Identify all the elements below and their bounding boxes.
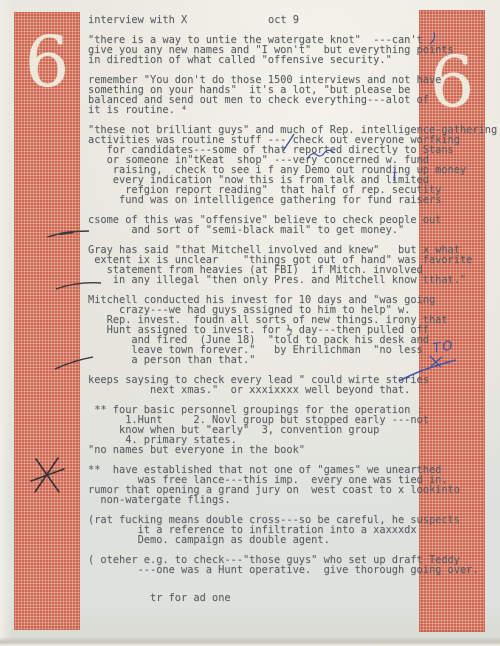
typist-initials-note: tr for ad one xyxy=(150,593,231,603)
page-number-left: 6 xyxy=(14,27,80,97)
red-margin-bar-left: 6 xyxy=(14,12,80,630)
typed-body-text: "there is a way to untie the watergate k… xyxy=(88,35,497,575)
interview-date: oct 9 xyxy=(268,15,299,25)
interview-title: interview with X xyxy=(88,15,187,25)
scanned-page: 6 6 interview with X oct 9 "there is a w… xyxy=(0,0,500,646)
